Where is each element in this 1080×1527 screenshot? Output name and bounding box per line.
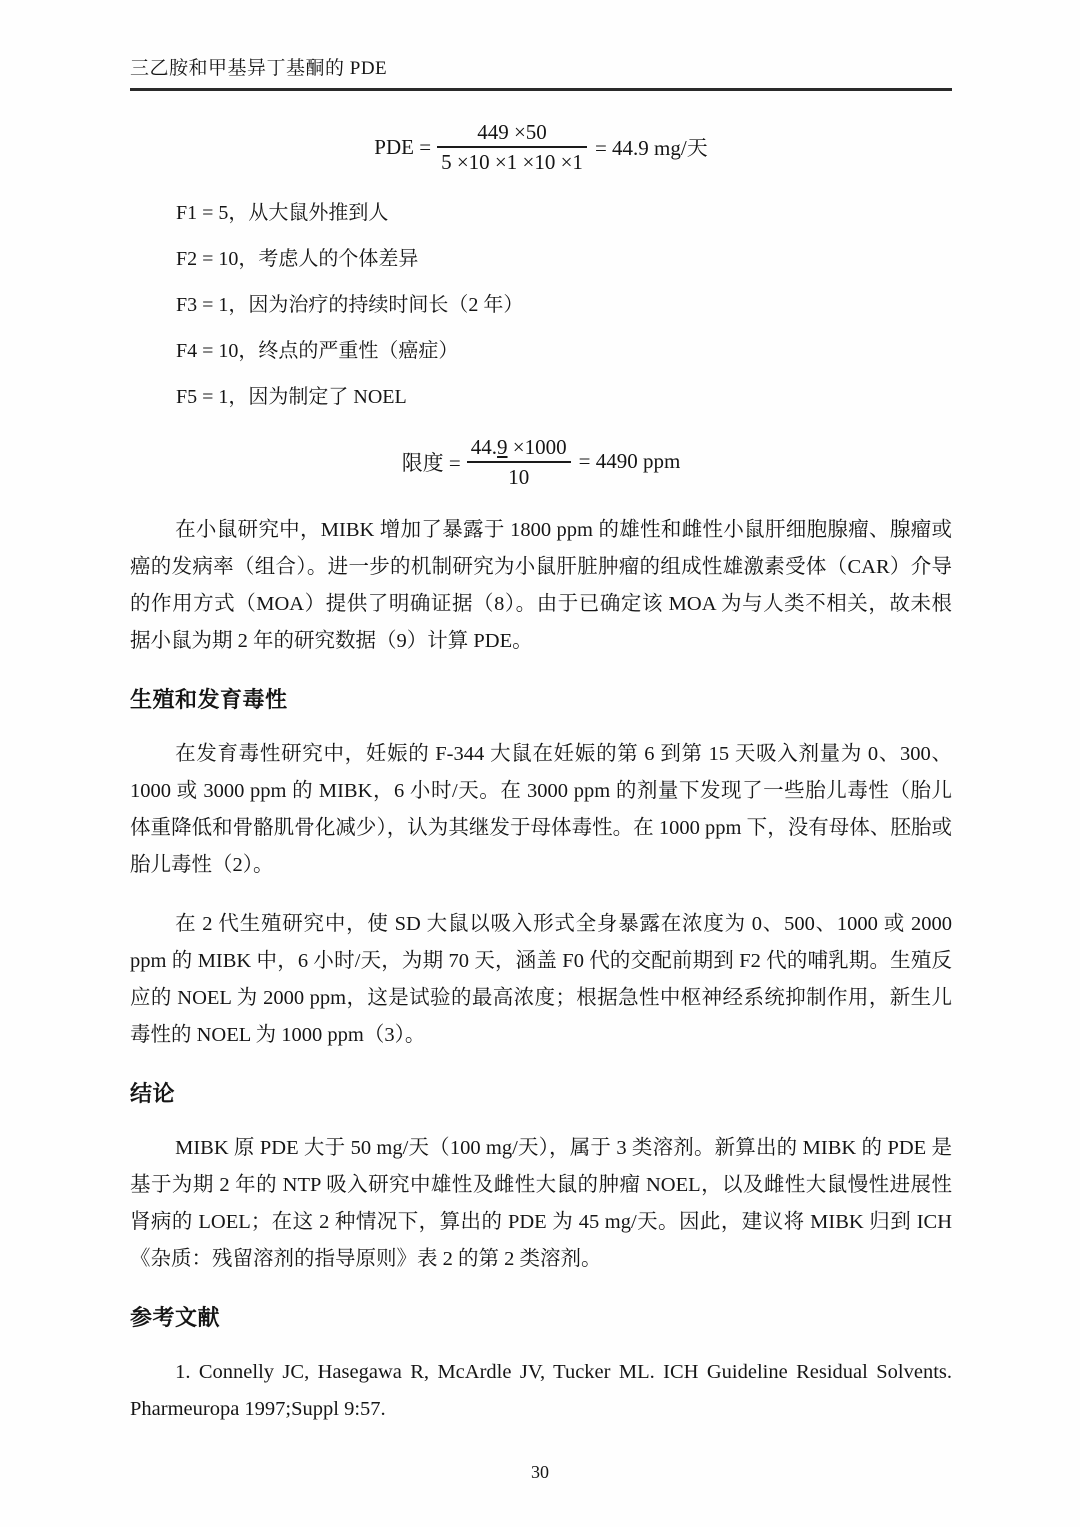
section-heading-conclusion: 结论 (130, 1080, 952, 1108)
page-content: 三乙胺和甲基异丁基酮的 PDE PDE =449 ×505 ×10 ×1 ×10… (0, 0, 1080, 1428)
pde-formula: PDE =449 ×505 ×10 ×1 ×10 ×1= 44.9 mg/天 (130, 119, 952, 176)
section-heading-reproductive-toxicity: 生殖和发育毒性 (130, 686, 952, 714)
paragraph-two-generation-study: 在 2 代生殖研究中，使 SD 大鼠以吸入形式全身暴露在浓度为 0、500、10… (130, 906, 952, 1054)
factor-f5: F5 = 1，因为制定了 NOEL (176, 374, 952, 420)
factor-f1: F1 = 5，从大鼠外推到人 (176, 190, 952, 236)
limit-formula-result: = 4490 ppm (579, 449, 681, 474)
limit-formula-numerator: 44.9 ×1000 (467, 434, 571, 460)
limit-formula: 限度 =44.9 ×100010= 4490 ppm (130, 434, 952, 491)
header-rule (130, 88, 952, 91)
pde-formula-result: = 44.9 mg/天 (595, 132, 708, 162)
page-number: 30 (0, 1462, 1080, 1483)
paragraph-conclusion: MIBK 原 PDE 大于 50 mg/天（100 mg/天），属于 3 类溶剂… (130, 1130, 952, 1278)
limit-numerator-post: ×1000 (508, 435, 567, 459)
running-header: 三乙胺和甲基异丁基酮的 PDE (130, 56, 952, 82)
pde-formula-numerator: 449 ×50 (473, 119, 551, 145)
pde-formula-fraction: 449 ×505 ×10 ×1 ×10 ×1 (437, 119, 587, 176)
paragraph-mouse-study: 在小鼠研究中，MIBK 增加了暴露于 1800 ppm 的雄性和雌性小鼠肝细胞腺… (130, 512, 952, 660)
factor-f2: F2 = 10，考虑人的个体差异 (176, 236, 952, 282)
limit-formula-fraction: 44.9 ×100010 (467, 434, 571, 491)
fraction-bar (437, 146, 587, 148)
limit-formula-lhs: 限度 = (402, 447, 461, 477)
section-heading-references: 参考文献 (130, 1304, 952, 1332)
limit-numerator-underlined: 9 (497, 435, 508, 459)
fraction-bar (467, 461, 571, 463)
factor-f4: F4 = 10，终点的严重性（癌症） (176, 328, 952, 374)
document-page: 三乙胺和甲基异丁基酮的 PDE PDE =449 ×505 ×10 ×1 ×10… (0, 0, 1080, 1527)
paragraph-developmental-toxicity: 在发育毒性研究中，妊娠的 F-344 大鼠在妊娠的第 6 到第 15 天吸入剂量… (130, 736, 952, 884)
running-header-title: 三乙胺和甲基异丁基酮的 PDE (130, 58, 387, 79)
reference-item-1: 1. Connelly JC, Hasegawa R, McArdle JV, … (130, 1354, 952, 1428)
modifying-factors-list: F1 = 5，从大鼠外推到人 F2 = 10，考虑人的个体差异 F3 = 1，因… (130, 190, 952, 420)
factor-f3: F3 = 1，因为治疗的持续时间长（2 年） (176, 282, 952, 328)
pde-formula-lhs: PDE = (374, 135, 431, 160)
limit-numerator-pre: 44. (471, 435, 497, 459)
limit-formula-denominator: 10 (504, 464, 533, 490)
pde-formula-denominator: 5 ×10 ×1 ×10 ×1 (437, 149, 587, 175)
